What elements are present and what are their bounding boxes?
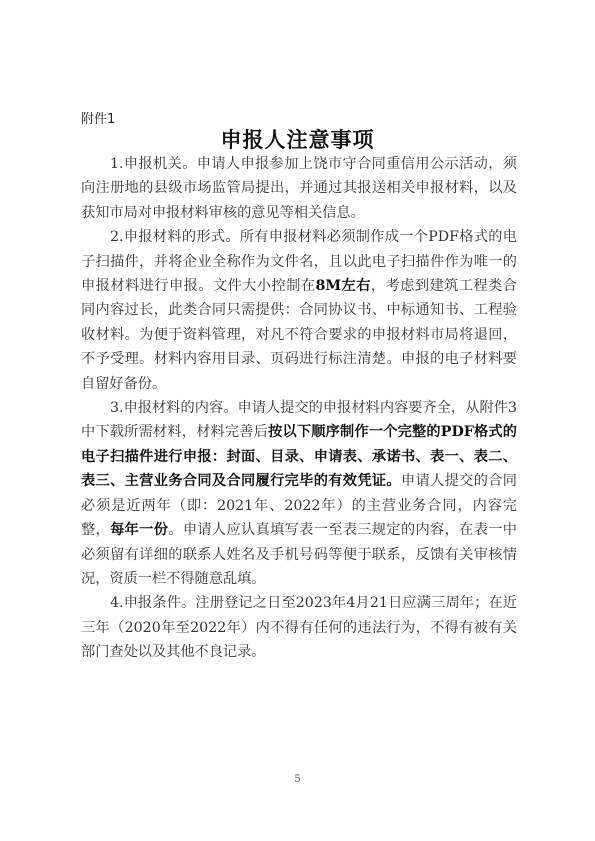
document-body: 1.申报机关。申请人申报参加上饶市守合同重信用公示活动，须向注册地的县级市场监管…: [81, 152, 517, 665]
paragraph-material-content: 3.申报材料的内容。申请人提交的申报材料内容要齐全，从附件3中下载所需材料，材料…: [81, 396, 517, 591]
paragraph-text: ，考虑到建筑工程类合同内容过长，此类合同只需提供：合同协议书、中标通知书、工程验…: [81, 278, 517, 392]
page-number: 5: [0, 774, 595, 785]
document-page: 附件1 申报人注意事项 1.申报机关。申请人申报参加上饶市守合同重信用公示活动，…: [0, 0, 595, 841]
paragraph-text: 1.申报机关。申请人申报参加上饶市守合同重信用公示活动，须向注册地的县级市场监管…: [81, 156, 517, 221]
paragraph-text: 4.申报条件。注册登记之日至2023年4月21日应满三周年；在近三年（2020年…: [81, 595, 517, 660]
paragraph-submission-authority: 1.申报机关。申请人申报参加上饶市守合同重信用公示活动，须向注册地的县级市场监管…: [81, 152, 517, 225]
emphasis-one-per-year: 每年一份: [110, 522, 168, 538]
paragraph-material-format: 2.申报材料的形式。所有申报材料必须制作成一个PDF格式的电子扫描件，并将企业全…: [81, 225, 517, 396]
emphasis-file-size: 8M左右: [316, 278, 371, 294]
paragraph-eligibility: 4.申报条件。注册登记之日至2023年4月21日应满三周年；在近三年（2020年…: [81, 591, 517, 664]
document-title: 申报人注意事项: [0, 124, 595, 154]
